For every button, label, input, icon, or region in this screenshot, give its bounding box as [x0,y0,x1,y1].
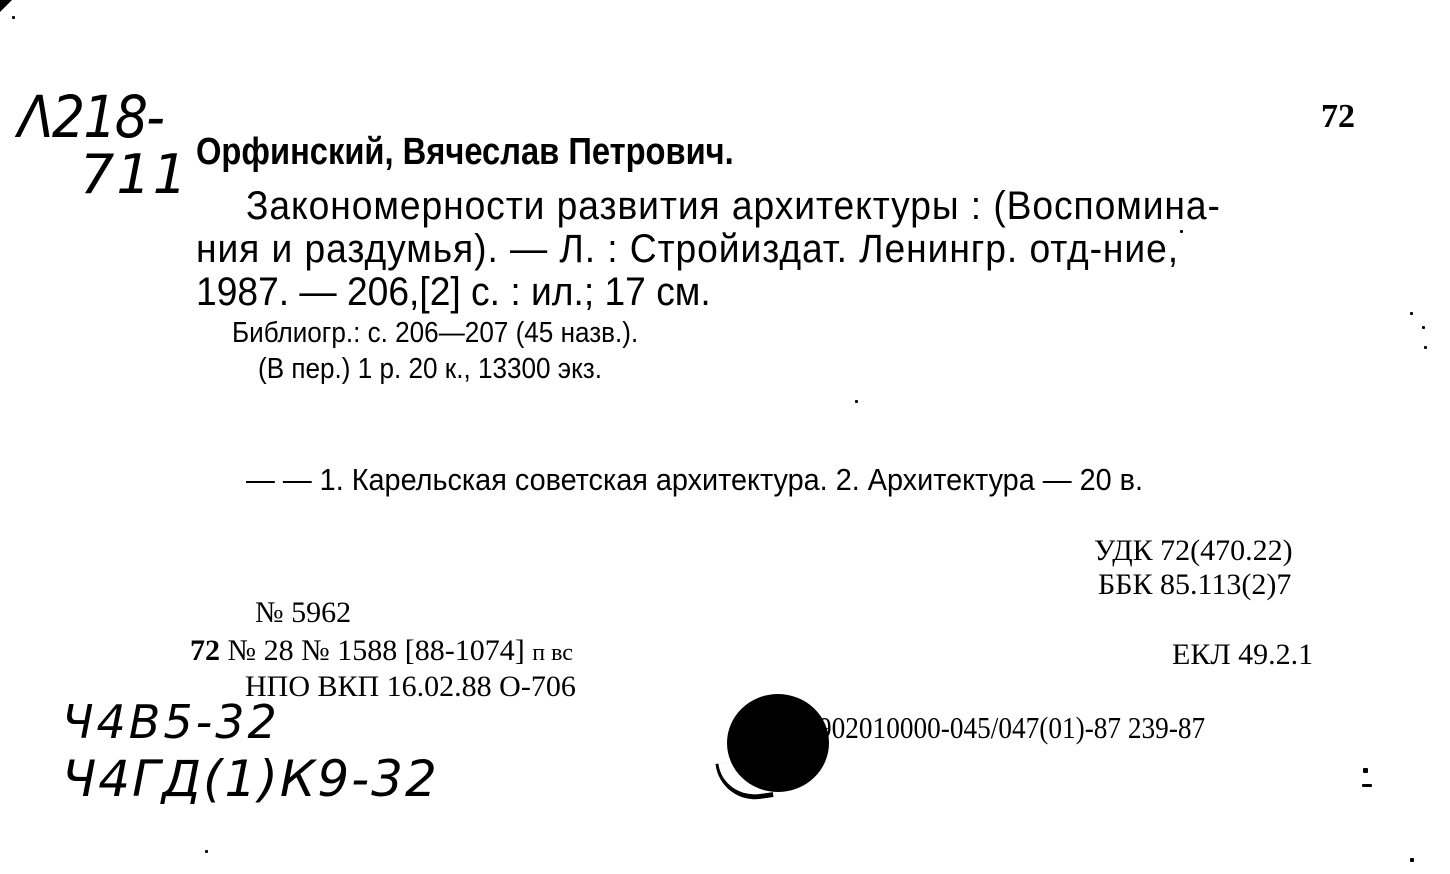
title-line-2: ния и раздумья). — Л. : Стройиздат. Лени… [196,229,1179,269]
author-heading: Орфинский, Вячеслав Петрович. [196,131,734,174]
print-order-lead: 72 [190,634,220,667]
punch-hole-shadow [715,757,773,805]
subject-tracing: — — 1. Карельская советская архитектура.… [246,462,1143,498]
scan-speck [1180,230,1183,233]
scan-speck [205,850,208,853]
bibliography-note: Библиогр.: с. 206—207 (45 назв.). [232,318,638,348]
printer-line: НПО ВКП 16.02.88 О-706 [245,670,576,704]
print-order-line: 72 № 28 № 1588 [88-1074] п вс [190,634,573,668]
accession-number: № 5962 [255,596,351,630]
handwritten-call-number-line1: Λ218- [18,88,163,146]
scan-speck [1422,326,1425,329]
scan-speck [1362,784,1372,787]
handwritten-shelf-mark-2: Ч4ГД(1)К9-32 [62,750,439,808]
scan-speck [1410,858,1414,862]
isbn-code: 902010000-045/047(01)-87 239-87 [818,710,1205,746]
scan-speck [855,400,858,403]
title-line-1: Закономерности развития архитектуры : (В… [246,186,1221,226]
scan-speck [1363,768,1368,773]
handwritten-call-number-line2: 711 [80,148,189,202]
scan-speck [1410,312,1413,315]
card-corner-mark [0,0,12,12]
handwritten-shelf-mark-1: Ч4В5-32 [62,695,280,749]
print-order-tail: п вс [532,640,573,666]
ekl-code: ЕКЛ 49.2.1 [1172,638,1313,672]
price-note: (В пер.) 1 р. 20 к., 13300 экз. [258,354,602,384]
print-order-main: № 28 № 1588 [88-1074] [228,634,525,667]
scan-speck [12,16,15,19]
bbk-code: ББК 85.113(2)7 [1098,568,1291,602]
classification-number: 72 [1321,98,1355,136]
udk-code: УДК 72(470.22) [1094,534,1293,568]
catalog-card: Λ218- 711 72 Орфинский, Вячеслав Петрови… [0,0,1450,874]
title-line-3: 1987. — 206,[2] с. : ил.; 17 см. [196,272,711,312]
scan-speck [1424,346,1427,349]
